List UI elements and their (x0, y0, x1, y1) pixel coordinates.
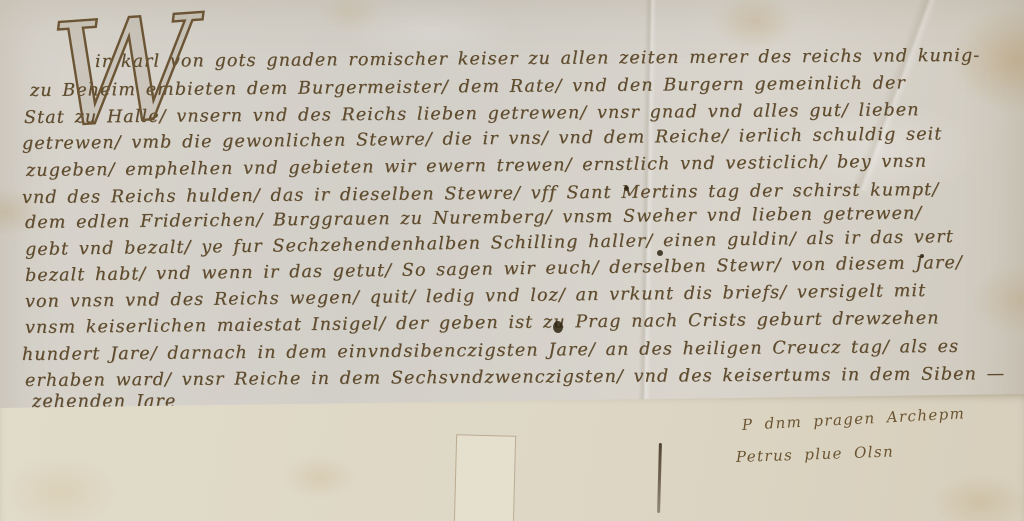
ink-blot (553, 321, 563, 333)
manuscript-line: erhaben ward/ vnsr Reiche in dem Sechsvn… (25, 364, 1005, 391)
manuscript-line: hundert Jare/ darnach in dem einvndsiben… (22, 337, 959, 365)
charter-photo: W ir karl von gots gnaden romischer keis… (0, 0, 1024, 521)
ink-speck (657, 250, 663, 256)
manuscript-line: zugeben/ emphelhen vnd gebieten wir ewer… (26, 152, 927, 181)
ink-speck (920, 254, 924, 258)
chancery-note-line2: Petrus plue Olsn (736, 442, 895, 466)
chancery-note-line1: P dnm pragen Archepm (742, 404, 966, 434)
ink-stroke-mark (657, 443, 662, 513)
initial-letter: W (47, 0, 203, 149)
manuscript-line: von vnsn vnd des Reichs wegen/ quit/ led… (25, 281, 927, 312)
manuscript-line: ir karl von gots gnaden romischer keiser… (95, 46, 980, 72)
seal-slit (454, 434, 516, 521)
ink-speck (624, 186, 629, 191)
manuscript-line: vnd des Reichs hulden/ das ir dieselben … (22, 180, 939, 208)
plica-fold: P dnm pragen Archepm Petrus plue Olsn (0, 392, 1024, 521)
manuscript-line: vnsm keiserlichen maiestat Insigel/ der … (25, 308, 940, 338)
